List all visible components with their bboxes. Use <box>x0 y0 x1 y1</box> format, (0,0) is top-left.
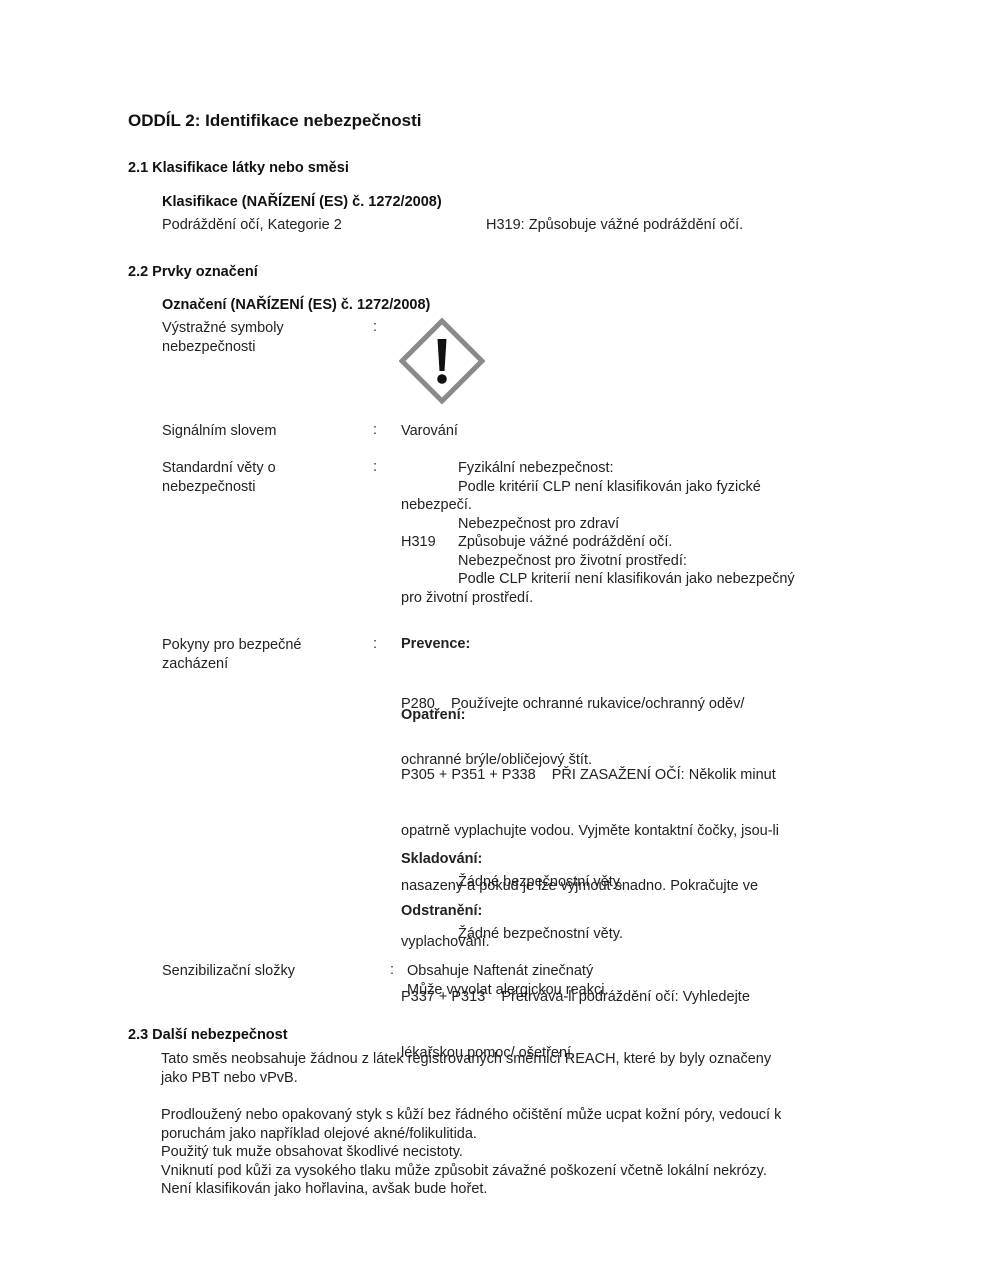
heading-2-2: 2.2 Prvky označení <box>128 264 258 280</box>
ghs07-exclamation-mark-icon <box>399 318 485 404</box>
precaution-label-line: zacházení <box>162 655 301 674</box>
labelling-subheading: Označení (NAŘÍZENÍ (ES) č. 1272/2008) <box>162 297 430 313</box>
paragraph-line: poruchám jako například olejové akné/fol… <box>161 1125 781 1144</box>
sensitizer-label: Senzibilizační složky <box>162 962 295 981</box>
paragraph-line: jako PBT nebo vPvB. <box>161 1069 771 1088</box>
sensitizer-line: Obsahuje Naftenát zinečnatý <box>407 962 608 981</box>
h-text: Způsobuje vážné podráždění očí. <box>458 534 672 550</box>
prevention-title: Prevence: <box>401 635 470 654</box>
colon: : <box>390 962 394 978</box>
precaution-label-line: Pokyny pro bezpečné <box>162 636 301 655</box>
colon: : <box>373 422 377 438</box>
colon: : <box>373 319 377 335</box>
pictogram-label: Výstražné symboly nebezpečnosti <box>162 319 284 356</box>
hazard-statements-label: Standardní věty o nebezpečnosti <box>162 459 276 496</box>
colon: : <box>373 459 377 475</box>
response-line: opatrně vyplachujte vodou. Vyjměte konta… <box>401 822 779 841</box>
heading-2-3: 2.3 Další nebezpečnost <box>128 1027 288 1043</box>
environment-hazard-text: Podle CLP kriterií není klasifikován jak… <box>401 570 851 589</box>
pictogram-label-line: nebezpečnosti <box>162 338 284 357</box>
paragraph-line: Vniknutí pod kůži za vysokého tlaku může… <box>161 1162 781 1181</box>
reach-paragraph: Tato směs neobsahuje žádnou z látek regi… <box>161 1050 771 1087</box>
storage-text: Žádné bezpečnostní věty. <box>458 873 623 892</box>
sensitizer-text: Obsahuje Naftenát zinečnatý Může vyvolat… <box>407 962 608 999</box>
sensitizer-line: Může vyvolat alergickou reakci. <box>407 981 608 1000</box>
other-hazards-paragraph: Prodloužený nebo opakovaný styk s kůží b… <box>161 1106 781 1199</box>
colon: : <box>373 636 377 652</box>
h319-line: H319Způsobuje vážné podráždění očí. <box>401 533 851 552</box>
hazard-statement: H319: Způsobuje vážné podráždění očí. <box>486 216 743 235</box>
h-code: H319 <box>401 533 458 552</box>
paragraph-line: Není klasifikován jako hořlavina, avšak … <box>161 1180 781 1199</box>
storage-title: Skladování: <box>401 850 482 869</box>
response-line: P305 + P351 + P338 PŘI ZASAŽENÍ OČÍ: Něk… <box>401 766 779 785</box>
environment-hazard-title: Nebezpečnost pro životní prostředí: <box>401 552 851 571</box>
heading-2-1: 2.1 Klasifikace látky nebo směsi <box>128 160 349 176</box>
paragraph-line: Tato směs neobsahuje žádnou z látek regi… <box>161 1050 771 1069</box>
hazard-label-line: nebezpečnosti <box>162 478 276 497</box>
paragraph-line: Prodloužený nebo opakovaný styk s kůží b… <box>161 1106 781 1125</box>
pictogram-label-line: Výstražné symboly <box>162 319 284 338</box>
hazard-label-line: Standardní věty o <box>162 459 276 478</box>
environment-hazard-text-cont: pro životní prostředí. <box>401 589 851 608</box>
physical-hazard-text-cont: nebezpečí. <box>401 496 851 515</box>
response-title: Opatření: <box>401 706 465 725</box>
classification-value: Podráždění očí, Kategorie 2 <box>162 216 342 235</box>
health-hazard-title: Nebezpečnost pro zdraví <box>401 515 851 534</box>
disposal-title: Odstranění: <box>401 902 482 921</box>
hazard-statements-block: Fyzikální nebezpečnost: Podle kritérií C… <box>401 459 851 607</box>
physical-hazard-title: Fyzikální nebezpečnost: <box>401 459 851 478</box>
signal-word-value: Varování <box>401 422 458 441</box>
paragraph-line: Použitý tuk muže obsahovat škodlivé neci… <box>161 1143 781 1162</box>
classification-subheading: Klasifikace (NAŘÍZENÍ (ES) č. 1272/2008) <box>162 194 442 210</box>
disposal-text: Žádné bezpečnostní věty. <box>458 925 623 944</box>
precautionary-label: Pokyny pro bezpečné zacházení <box>162 636 301 673</box>
signal-word-label: Signálním slovem <box>162 422 276 441</box>
section-title: ODDÍL 2: Identifikace nebezpečnosti <box>128 111 421 131</box>
physical-hazard-text: Podle kritérií CLP není klasifikován jak… <box>401 478 851 497</box>
